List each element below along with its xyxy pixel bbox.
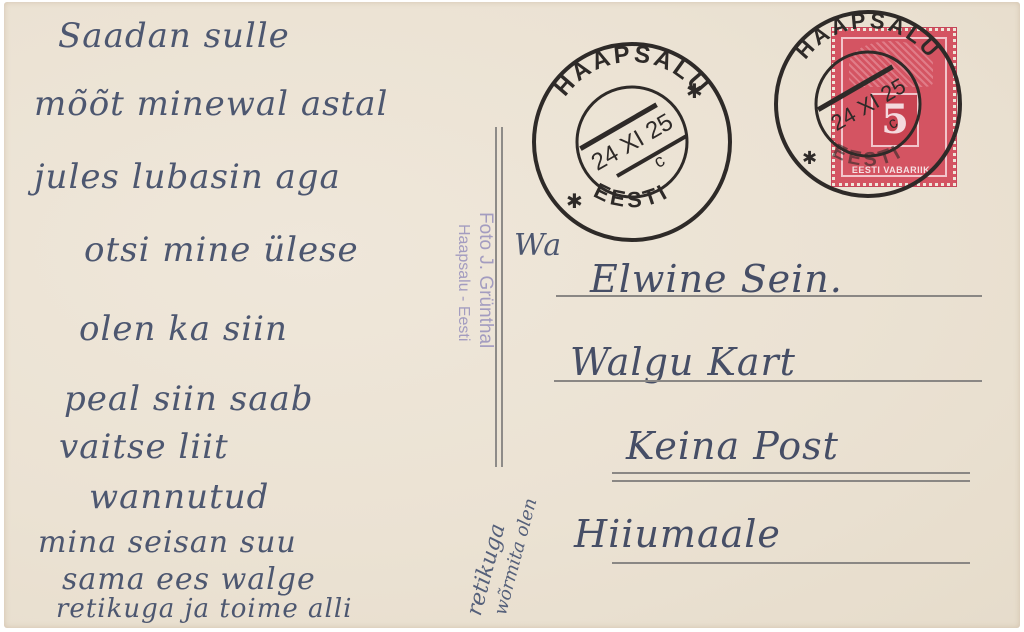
address-line: Hiiumaale bbox=[574, 512, 781, 556]
postmark-cancel-on-stamp: HAAPSALU EESTI ✱ 24 XI 25 c bbox=[768, 4, 968, 204]
message-line: Saadan sulle bbox=[58, 16, 290, 56]
message-line: otsi mine ülese bbox=[84, 230, 359, 270]
svg-text:HAAPSALU: HAAPSALU bbox=[790, 8, 946, 64]
message-line: sama ees walge bbox=[62, 562, 316, 597]
postcard-back: Saadan sulle mõõt minewal astal jules lu… bbox=[4, 2, 1020, 628]
postmark-town: HAAPSALU bbox=[790, 8, 946, 64]
address-rule bbox=[612, 480, 970, 482]
divider-line bbox=[501, 127, 503, 467]
address-rule bbox=[556, 295, 982, 297]
svg-text:EESTI: EESTI bbox=[590, 178, 674, 213]
message-line: vaitse liit bbox=[59, 427, 229, 467]
postmark-country: EESTI bbox=[590, 178, 674, 213]
address-rule bbox=[612, 562, 970, 564]
svg-text:✱: ✱ bbox=[802, 148, 817, 169]
svg-text:✱: ✱ bbox=[686, 79, 703, 103]
address-line: Keina Post bbox=[626, 424, 839, 468]
message-line: mõõt minewal astal bbox=[34, 84, 388, 124]
address-line: Walgu Kart bbox=[570, 340, 796, 384]
postmark-country: EESTI bbox=[829, 140, 907, 171]
message-line: mina seisan suu bbox=[38, 525, 297, 560]
postmark-cancel: HAAPSALU EESTI ✱ ✱ 24 XI 25 c bbox=[522, 32, 742, 252]
svg-text:✱: ✱ bbox=[566, 189, 583, 213]
address-rule bbox=[554, 380, 982, 382]
svg-text:EESTI: EESTI bbox=[829, 140, 907, 171]
message-line: peal siin saab bbox=[64, 379, 314, 419]
address-rule bbox=[612, 472, 970, 474]
photographer-imprint-line1: Foto J. Grünthal bbox=[474, 212, 496, 348]
divider-line bbox=[495, 127, 497, 467]
message-line: jules lubasin aga bbox=[34, 157, 341, 197]
message-line: olen ka siin bbox=[79, 309, 288, 349]
message-line: retikuga ja toime alli bbox=[56, 594, 353, 624]
postmark-code: c bbox=[885, 114, 900, 133]
photographer-imprint-line2: Haapsalu - Eesti bbox=[454, 224, 472, 341]
message-line: wannutud bbox=[89, 477, 269, 517]
